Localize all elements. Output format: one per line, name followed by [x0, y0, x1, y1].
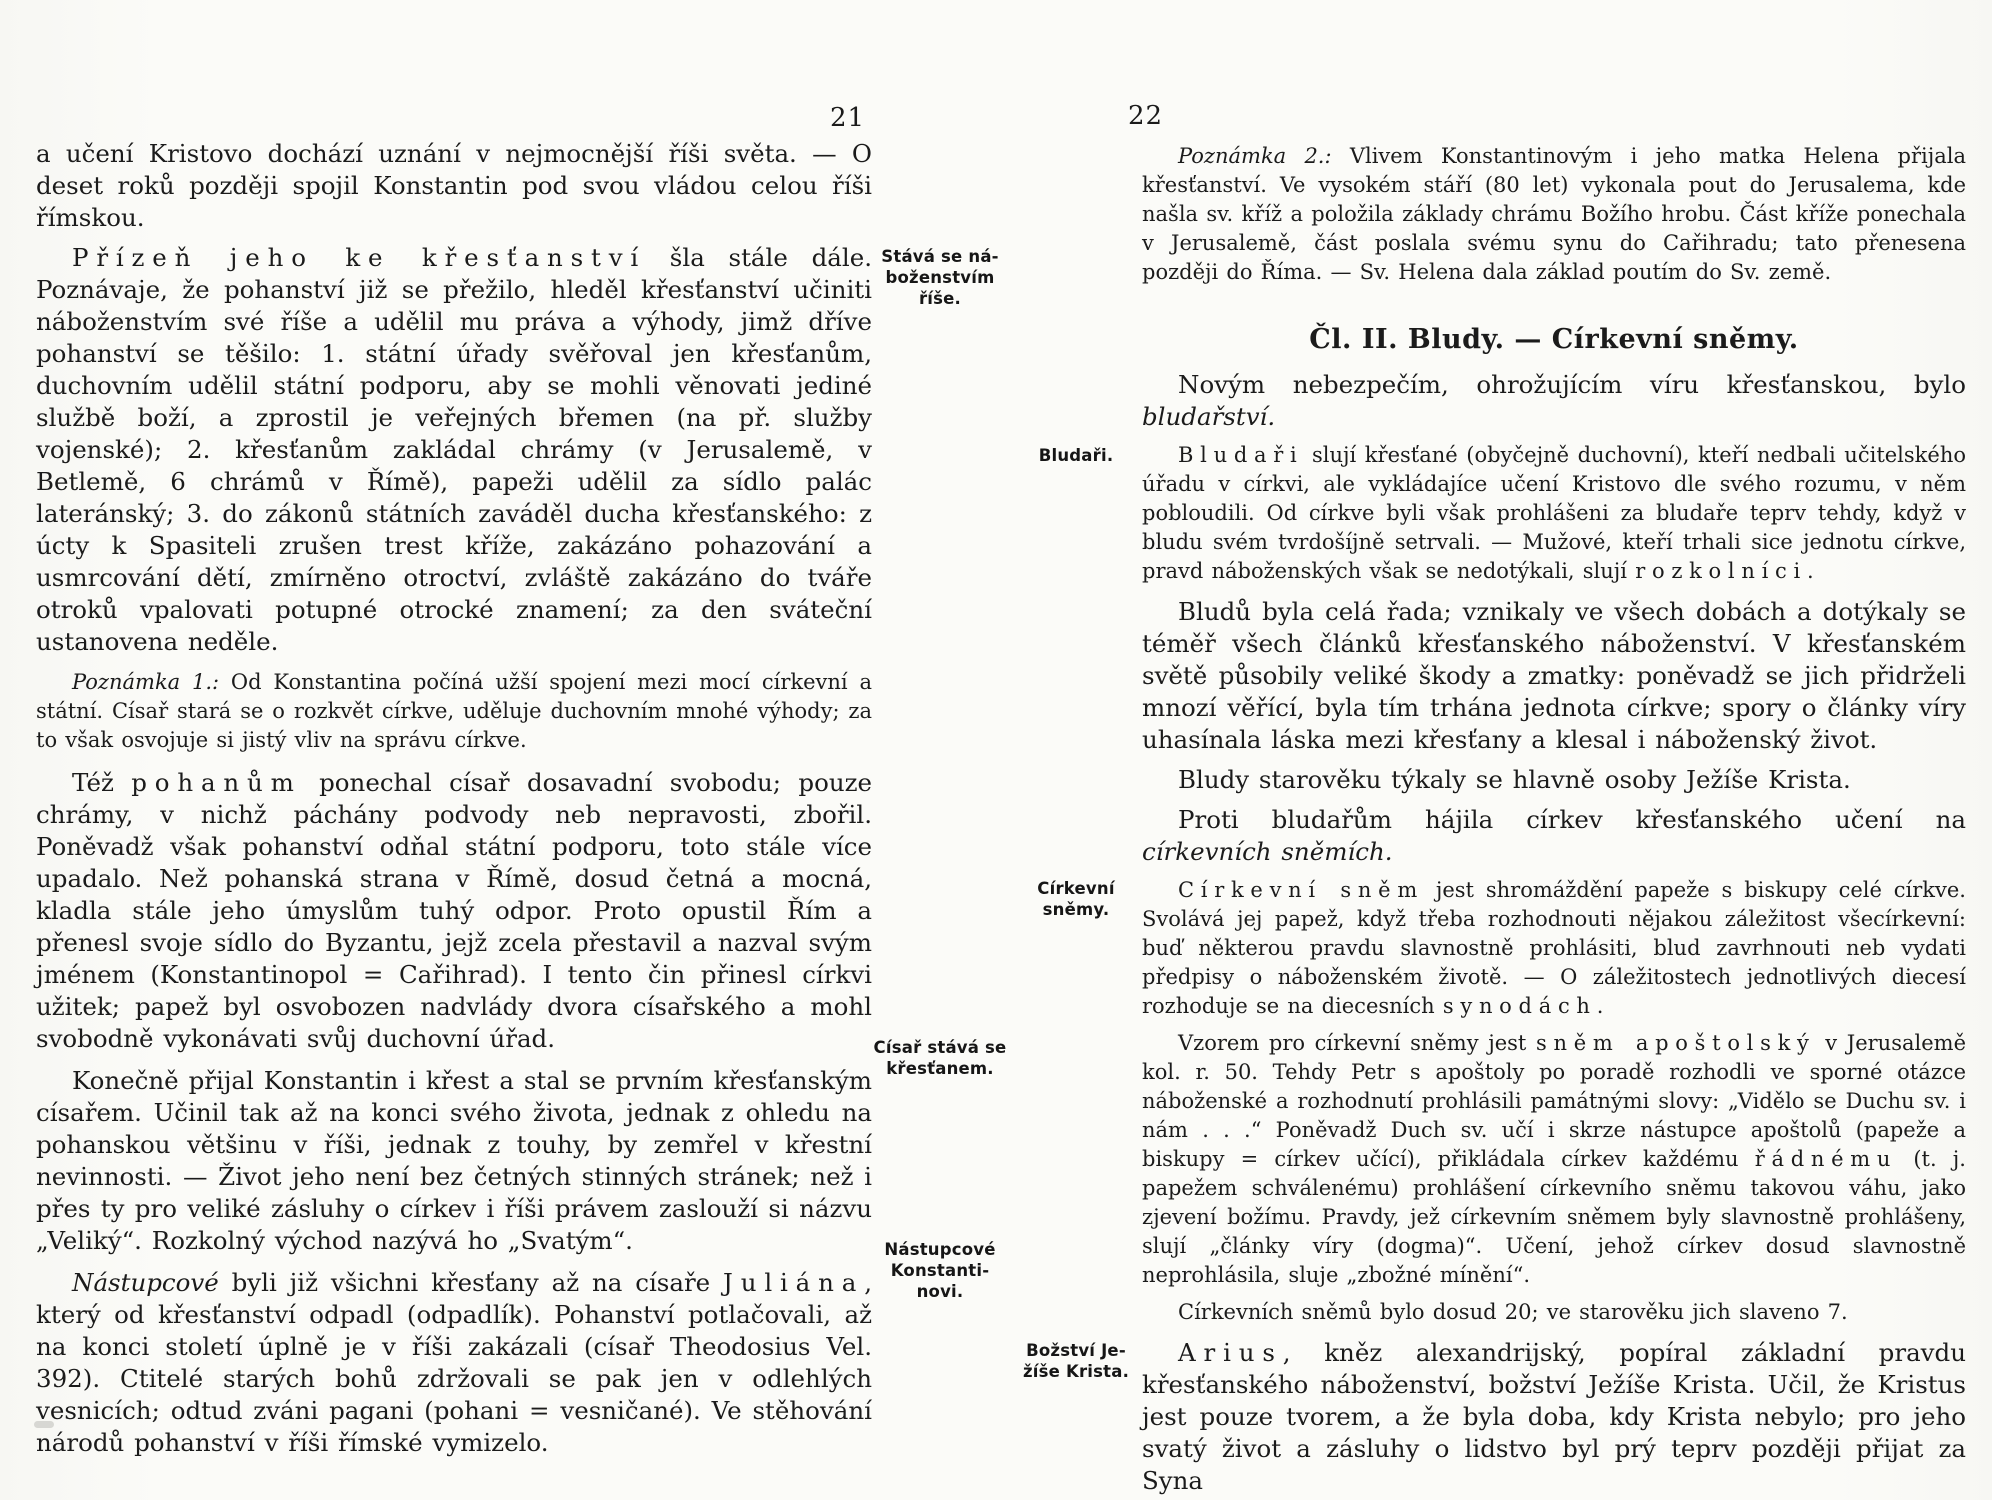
book-spread: 21 22 a učení Kristovo dochází uznání v … — [0, 0, 1992, 1500]
emphasized-spaced-text: rozkolníci — [1635, 559, 1807, 583]
scan-artifact-smudge — [34, 1421, 54, 1428]
emphasized-spaced-text: Církevní sněm — [1178, 878, 1424, 902]
paragraph-text: šla stále dále. Poznávaje, že pohanství … — [36, 243, 872, 656]
emphasized-spaced-text: Bludaři — [1178, 443, 1303, 467]
emphasized-spaced-text: sněm apoštolský — [1536, 1031, 1816, 1055]
footnote-2: Poznámka 2.: Vlivem Konstantinovým i jeh… — [1142, 142, 1966, 287]
footnote-label: Poznámka 2.: — [1178, 144, 1332, 168]
margin-note-state-religion: Stává se ná- boženstvím říše. — [872, 246, 1008, 309]
page-number-left: 21 — [830, 104, 865, 132]
emphasized-italic-text: církevních sněmích. — [1142, 837, 1393, 866]
emphasized-italic-text: Nástupcové — [72, 1268, 219, 1297]
paragraph-text: Bludy starověku týkaly se hlavně osoby J… — [1178, 765, 1851, 794]
margin-note-church-councils: Církevní sněmy. — [1014, 878, 1138, 920]
paragraph-text: Církevních sněmů bylo dosud 20; ve staro… — [1178, 1300, 1848, 1324]
paragraph-text: Bludů byla celá řada; vznikaly ve všech … — [1142, 597, 1966, 754]
paragraph-text: . — [1807, 559, 1814, 583]
emphasized-spaced-text: Přízeň jeho ke křesťanství — [72, 243, 646, 272]
right-page-text-column: Poznámka 2.: Vlivem Konstantinovým i jeh… — [1142, 142, 1966, 1497]
paragraph-apostolic-council: Vzorem pro církevní sněmy jest sněm apoš… — [1142, 1029, 1966, 1290]
margin-note-divinity-of-christ: Božství Je- žíše Krista. — [1014, 1340, 1138, 1382]
emphasized-spaced-text: Juliána — [723, 1268, 864, 1297]
paragraph-arius: Arius, kněz alexandrijský, popíral zákla… — [1142, 1337, 1966, 1497]
paragraph-text: Též — [72, 768, 131, 797]
paragraph-text: Novým nebezpečím, ohrožujícím víru křesť… — [1178, 370, 1966, 399]
paragraph-text: a učení Kristovo dochází uznání v nejmoc… — [36, 139, 872, 232]
margin-note-successors: Nástupcové Konstanti- novi. — [872, 1239, 1008, 1302]
paragraph-continuation: a učení Kristovo dochází uznání v nejmoc… — [36, 138, 872, 234]
paragraph-text: byli již všichni křesťany až na císaře — [219, 1268, 723, 1297]
footnote-label: Poznámka 1.: — [72, 670, 219, 694]
emphasized-italic-text: bludařství. — [1142, 402, 1275, 431]
footnote-1: Poznámka 1.: Od Konstantina počíná užší … — [36, 668, 872, 755]
paragraph-text: Vzorem pro církevní sněmy jest — [1178, 1031, 1536, 1055]
paragraph-heresies-harm: Bludů byla celá řada; vznikaly ve všech … — [1142, 596, 1966, 756]
margin-note-heretics: Bludaři. — [1014, 445, 1138, 466]
section-heading: Čl. II. Bludy. — Církevní sněmy. — [1142, 323, 1966, 357]
page-number-right: 22 — [1128, 102, 1163, 130]
paragraph-new-danger: Novým nebezpečím, ohrožujícím víru křesť… — [1142, 369, 1966, 433]
emphasized-spaced-text: pohanům — [131, 768, 302, 797]
paragraph-text: Konečně přijal Konstantin i křest a stal… — [36, 1066, 872, 1255]
left-page-text-column: a učení Kristovo dochází uznání v nejmoc… — [36, 138, 872, 1459]
paragraph-church-defense: Proti bludařům hájila církev křesťanskéh… — [1142, 804, 1966, 868]
emphasized-spaced-text: synodách — [1443, 994, 1597, 1018]
paragraph-ancient-heresies: Bludy starověku týkaly se hlavně osoby J… — [1142, 764, 1966, 796]
paragraph-favor-to-christianity: Přízeň jeho ke křesťanství šla stále dál… — [36, 242, 872, 658]
paragraph-council-definition: Církevní sněm jest shromáždění papeže s … — [1142, 876, 1966, 1021]
paragraph-text: ponechal císař dosavadní svobodu; pouze … — [36, 768, 872, 1053]
paragraph-council-count: Církevních sněmů bylo dosud 20; ve staro… — [1142, 1298, 1966, 1327]
emphasized-spaced-text: řádnému — [1755, 1147, 1897, 1171]
paragraph-heretics-definition: Bludaři slují křesťané (obyčejně duchovn… — [1142, 441, 1966, 586]
paragraph-text: . — [1597, 994, 1604, 1018]
paragraph-text: Proti bludařům hájila církev křesťanskéh… — [1178, 805, 1966, 834]
paragraph-baptism: Konečně přijal Konstantin i křest a stal… — [36, 1065, 872, 1257]
paragraph-successors: Nástupcové byli již všichni křesťany až … — [36, 1267, 872, 1459]
emphasized-spaced-text: Arius — [1178, 1338, 1283, 1367]
paragraph-pagans: Též pohanům ponechal císař dosavadní svo… — [36, 767, 872, 1055]
margin-note-emperor-christian: Císař stává se křesťanem. — [872, 1037, 1008, 1079]
